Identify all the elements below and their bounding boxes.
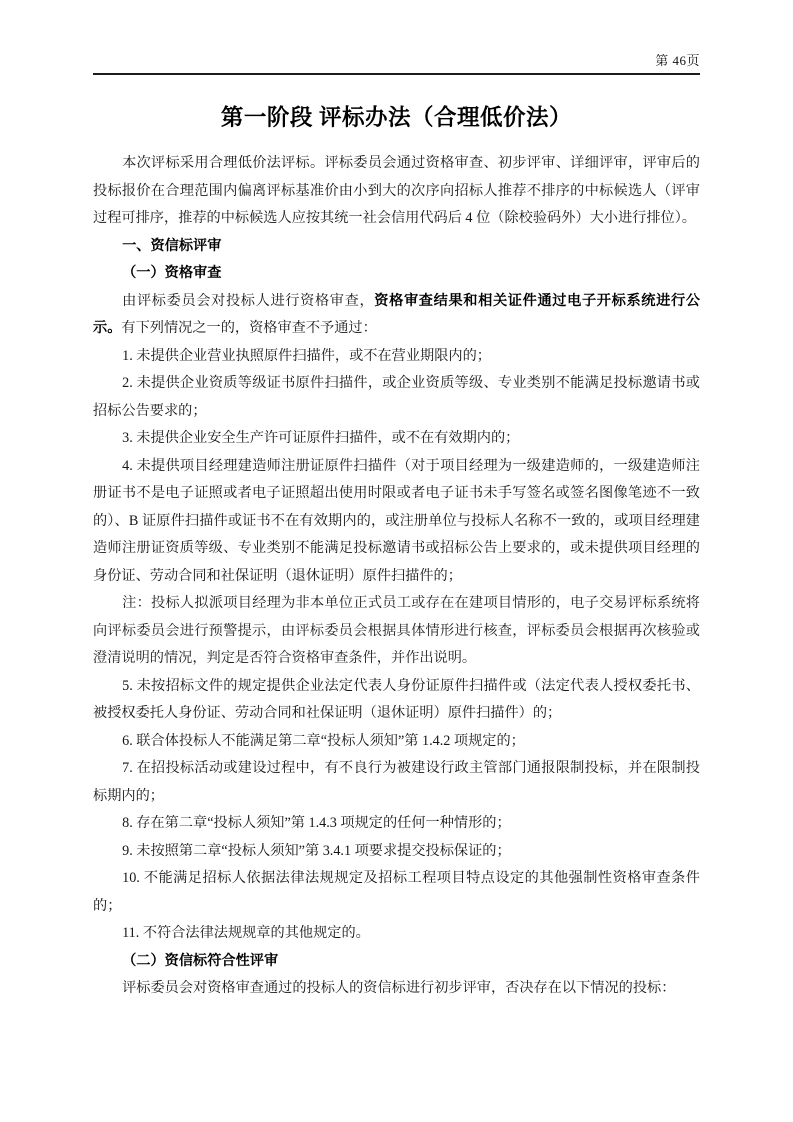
subsection-1-2-heading: （二）资信标符合性评审 (93, 948, 700, 976)
document-body: 本次评标采用合理低价法评标。评标委员会通过资格审查、初步评审、详细评审，评审后的… (93, 150, 700, 1003)
lead-text-normal-2: 有下列情况之一的，资格审查不予通过： (121, 320, 376, 336)
qualification-item-11: 11. 不符合法律法规规章的其他规定的。 (93, 920, 700, 948)
qualification-item-5: 5. 未按招标文件的规定提供企业法定代表人身份证原件扫描件或（法定代表人授权委托… (93, 673, 700, 728)
page-number: 第 46页 (655, 53, 700, 68)
qualification-item-2: 2. 未提供企业资质等级证书原件扫描件，或企业资质等级、专业类别不能满足投标邀请… (93, 370, 700, 425)
credit-review-lead-paragraph: 评标委员会对资格审查通过的投标人的资信标进行初步评审，否决存在以下情况的投标： (93, 975, 700, 1003)
section-1-heading: 一、资信标评审 (93, 233, 700, 261)
qualification-note: 注：投标人拟派项目经理为非本单位正式员工或存在在建项目情形的，电子交易评标系统将… (93, 590, 700, 673)
qualification-item-4: 4. 未提供项目经理建造师注册证原件扫描件（对于项目经理为一级建造师的，一级建造… (93, 453, 700, 591)
intro-paragraph: 本次评标采用合理低价法评标。评标委员会通过资格审查、初步评审、详细评审，评审后的… (93, 150, 700, 233)
qualification-item-6: 6. 联合体投标人不能满足第二章“投标人须知”第 1.4.2 项规定的； (93, 728, 700, 756)
qualification-item-10: 10. 不能满足招标人依据法律法规规定及招标工程项目特点设定的其他强制性资格审查… (93, 865, 700, 920)
lead-text-normal-1: 由评标委员会对投标人进行资格审查， (122, 293, 374, 309)
qualification-item-8: 8. 存在第二章“投标人须知”第 1.4.3 项规定的任何一种情形的； (93, 810, 700, 838)
qualification-item-7: 7. 在招投标活动或建设过程中，有不良行为被建设行政主管部门通报限制投标，并在限… (93, 755, 700, 810)
qualification-lead-paragraph: 由评标委员会对投标人进行资格审查，资格审查结果和相关证件通过电子开标系统进行公示… (93, 288, 700, 343)
qualification-item-1: 1. 未提供企业营业执照原件扫描件，或不在营业期限内的； (93, 343, 700, 371)
subsection-1-1-heading: （一）资格审查 (93, 260, 700, 288)
document-page: 第 46页 第一阶段 评标办法（合理低价法） 本次评标采用合理低价法评标。评标委… (0, 0, 793, 1122)
qualification-item-3: 3. 未提供企业安全生产许可证原件扫描件，或不在有效期内的； (93, 425, 700, 453)
qualification-item-9: 9. 未按照第二章“投标人须知”第 3.4.1 项要求提交投标保证的； (93, 838, 700, 866)
page-header: 第 46页 (93, 0, 700, 75)
document-title: 第一阶段 评标办法（合理低价法） (93, 102, 700, 134)
